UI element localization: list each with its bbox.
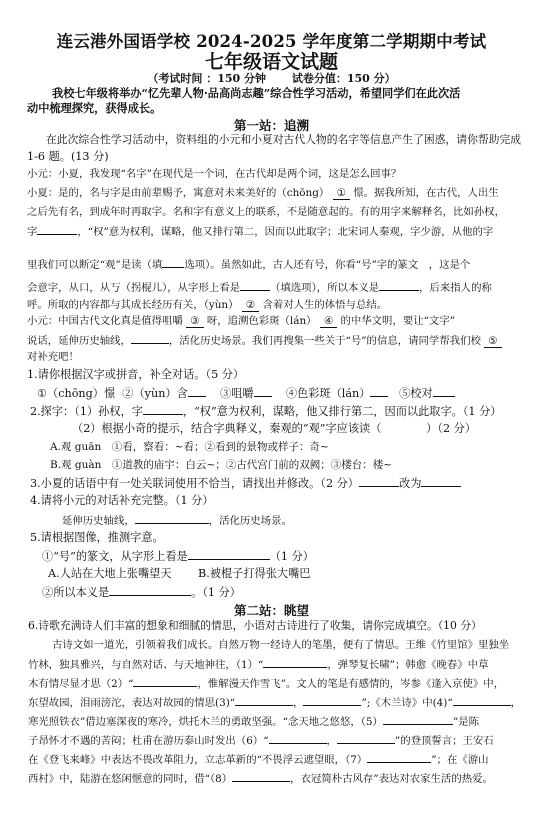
answer-blank[interactable] bbox=[235, 695, 293, 706]
exam-meta: （考试时间 ：150 分钟 试卷分值：150 分） bbox=[0, 70, 543, 86]
answer-blank[interactable] bbox=[240, 280, 270, 291]
answer-blank[interactable] bbox=[337, 733, 395, 744]
section-2-title: 第二站：眺望 bbox=[0, 601, 543, 619]
answer-blank[interactable] bbox=[188, 549, 270, 560]
question-5-option-b: B.被棍子打得张大嘴巴 bbox=[198, 567, 310, 581]
blank-5[interactable]: ⑤ bbox=[484, 335, 501, 348]
question-2-part-2: （2）根据小奇的提示，结合字典释义，秦观的“观”字应该读（ ）（2 分） bbox=[72, 422, 476, 436]
question-5-option-a: A.人站在大地上张嘴望天 bbox=[48, 567, 172, 581]
answer-blank[interactable] bbox=[131, 333, 169, 344]
question-1-stem: 1.请你根据汉字或拼音，补全对话。（5 分） bbox=[27, 368, 244, 382]
q1-item-3: ③咀嚼 bbox=[220, 387, 254, 400]
poem-line: 东望故园，泪雨滂沱，表达对故园的情思(3)“，”;《木兰诗》中(4)“， bbox=[28, 695, 521, 710]
dialogue-line: 小元：中国古代文化真是值得咀嚼 ③ 呀，追溯色彩斑（lán） ④ 的中华文明，要… bbox=[27, 314, 455, 328]
answer-blank[interactable] bbox=[109, 585, 191, 596]
section-1-lead-2: 1-6 题。(13 分) bbox=[27, 150, 109, 164]
dialogue-line: 小元：小夏，我发现“名字”在现代是一个词，在古代却是两个词，这是怎么回事？ bbox=[27, 167, 401, 181]
answer-blank[interactable] bbox=[232, 771, 290, 782]
intro-line-1: 我校七年级将举办“忆先辈人物·品高尚志趣”综合性学习活动，希望同学们在此次活 bbox=[52, 86, 460, 100]
dialogue-line: 对补充吧！ bbox=[27, 350, 79, 364]
q1-item-5: ⑤校对 bbox=[399, 387, 433, 400]
question-5-stem: 5.请根据图像，推测字意。 bbox=[30, 531, 164, 545]
answer-blank[interactable] bbox=[433, 386, 455, 397]
poem-line: 竹林，独具雅兴，与自然对话、与天地神往，（1）“，弹琴复长啸”；韩愈《晚春》中草 bbox=[28, 657, 489, 672]
blank-3[interactable]: ③ bbox=[186, 315, 203, 328]
poem-line: 子昂怀才不遇的苦闷；杜甫在游历泰山时发出（6）“，”的登顶誓言；王安石 bbox=[28, 733, 494, 748]
poem-line: 在《登飞来峰》中表达不畏改革阻力，立志革新的“不畏浮云遮望眼，（7）”；在《游山 bbox=[28, 752, 489, 767]
dialogue-line: 会意字，从口，从丂（拐棍儿），从字形上看是（填选项），所以本义是，后来指人的称 bbox=[27, 280, 492, 295]
exam-page: 连云港外国语学校 2024-2025 学年度第二学期期中考试 七年级语文试题 （… bbox=[0, 0, 543, 813]
question-4-stem: 4.请将小元的对话补充完整。（1 分） bbox=[30, 494, 214, 508]
section-1-lead: 在此次综合性学习活动中，资料组的小元和小夏对古代人物的名字等信息产生了困惑，请你… bbox=[46, 133, 521, 147]
question-2-part-1: 2.探字：（1）孙权，字，“权”意为权利，谋略，他又排行第二，因而以此取字。（1… bbox=[30, 404, 501, 419]
answer-blank[interactable] bbox=[453, 695, 511, 706]
dialogue-line: 字，“权”意为权利，谋略，他又排行第二，因而以此取字；北宋词人秦观，字少游，从他… bbox=[27, 224, 493, 239]
blank-1[interactable]: ① bbox=[333, 187, 350, 200]
answer-blank[interactable] bbox=[263, 657, 327, 668]
answer-blank[interactable] bbox=[421, 476, 461, 487]
question-1-items: ①（chōng）憬 ②（yùn）含 ③咀嚼 ④色彩斑（lán） ⑤校对 bbox=[37, 386, 455, 401]
dialogue-line: 之后先有名，到成年时再取字。名和字有意义上的联系，不是随意起的。有的用字来解释名… bbox=[27, 205, 505, 219]
dialogue-line: 小夏：是的，名与字是由前辈赐予，寓意对未来美好的（chōng） ① 憬。据我所知… bbox=[27, 186, 499, 200]
answer-blank[interactable] bbox=[370, 386, 388, 397]
answer-blank[interactable] bbox=[133, 676, 197, 687]
answer-blank[interactable] bbox=[367, 752, 431, 763]
question-5-sub-1: ①“号”的篆文，从字形上看是（1 分） bbox=[42, 549, 314, 564]
answer-blank[interactable] bbox=[379, 280, 419, 291]
q1-item-2: ②（yùn）含 bbox=[122, 387, 187, 400]
question-2-option-b: B.观 guàn ①道教的庙宇：白云~；②古代宫门前的双阙；③楼台：楼~ bbox=[50, 458, 392, 472]
blank-2[interactable]: ② bbox=[242, 299, 259, 312]
question-2-option-a: A.观 guān ①看，察看：~看；②看到的景物或样子：奇~ bbox=[50, 440, 329, 454]
section-1-title: 第一站：追溯 bbox=[0, 116, 543, 134]
dialogue-line: 里我们可以断定“观”是读（填选项）。虽然如此，古人还有号，你看“号”字的篆文 ，… bbox=[27, 257, 470, 272]
answer-blank[interactable] bbox=[269, 733, 327, 744]
poem-line: 西村》中，陆游在悠闲惬意的同时，借“（8），衣冠简朴古风存”表达对农家生活的热爱… bbox=[28, 771, 493, 786]
answer-blank[interactable] bbox=[37, 224, 77, 235]
q1-item-4: ④色彩斑（lán） bbox=[286, 387, 371, 400]
answer-blank[interactable] bbox=[303, 695, 361, 706]
answer-blank[interactable] bbox=[188, 386, 206, 397]
question-5-sub-2: ②所以本义是。（1 分） bbox=[42, 585, 241, 600]
answer-blank[interactable] bbox=[254, 386, 272, 397]
answer-blank[interactable] bbox=[162, 257, 184, 268]
answer-blank[interactable] bbox=[383, 714, 453, 725]
question-3: 3.小夏的话语中有一处关联词使用不恰当，请找出并修改。（2 分）改为 bbox=[30, 476, 461, 491]
poem-line: 寒光照铁衣”借边塞深夜的寒冷，烘托木兰的勇敢坚强。“念天地之悠悠，（5）”是陈 bbox=[28, 714, 479, 729]
answer-blank[interactable] bbox=[135, 513, 209, 524]
answer-blank[interactable] bbox=[359, 476, 399, 487]
poem-line: 古诗文如一道光，引领着我们成长。自然万物一经诗人的笔墨，便有了情思。王维《竹里馆… bbox=[52, 638, 509, 652]
question-4-line: 延伸历史轴线，，活化历史场景。 bbox=[62, 513, 292, 528]
dialogue-line: 说话，延伸历史轴线，，活化历史场景。我们再搜集一些关于“号”的信息，请同学帮我们… bbox=[27, 333, 502, 348]
poem-line: 木有情尽显才思（2）“，惟解漫天作雪飞”。文人的笔是有感情的，岑参《逢入京使》中… bbox=[28, 676, 504, 691]
q1-item-1: ①（chōng）憬 bbox=[37, 387, 115, 400]
intro-line-2: 动中梳理探究，获得成长。 bbox=[27, 101, 161, 115]
question-6-stem: 6.诗歌充满诗人们丰富的想象和细腻的情思，小语对古诗进行了收集，请你完成填空。（… bbox=[28, 619, 482, 633]
blank-4[interactable]: ④ bbox=[320, 315, 337, 328]
dialogue-line: 呼。所取的内容都与其成长经历有关，（yùn） ② 含着对人生的体悟与总结。 bbox=[27, 298, 387, 312]
answer-blank[interactable] bbox=[143, 404, 183, 415]
